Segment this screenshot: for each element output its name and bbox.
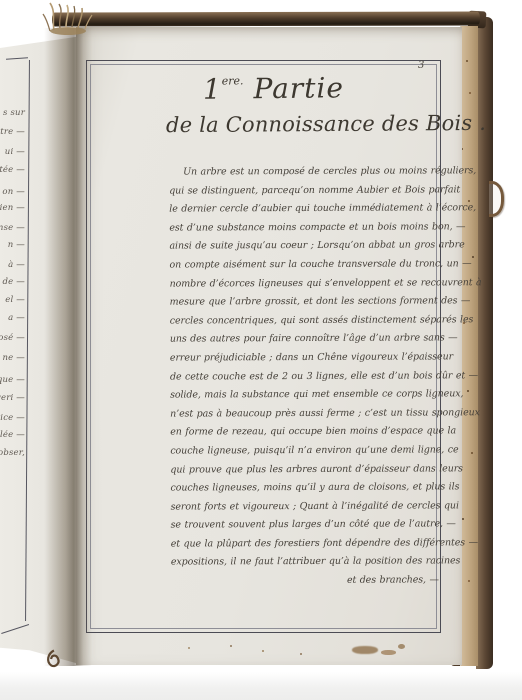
section-heading: 1ere. Partie [203, 71, 344, 105]
manuscript-line: on compte aisément sur la couche transve… [169, 255, 437, 275]
text-fragment: ortée — [0, 165, 25, 175]
manuscript-line: qui prouve que plus les arbres auront d’… [170, 460, 438, 480]
photo-shadow-band [0, 672, 522, 700]
text-fragment: osé — [0, 333, 25, 343]
text-fragment: on — [2, 187, 25, 197]
manuscript-line: le dernier cercle d’aubier qui touche im… [169, 200, 437, 220]
text-fragment: ui — [5, 147, 25, 157]
text-fragment: oilée — [0, 430, 25, 440]
text-fragment: n — [8, 240, 25, 250]
heading-word: Partie [253, 71, 344, 105]
manuscript-line: erreur préjudiciable ; dans un Chêne vig… [170, 348, 438, 368]
clasp-loop [489, 181, 504, 217]
manuscript-line: et que la plûpart des forestiers font dé… [171, 534, 439, 554]
manuscript-line: n’est pas à beaucoup près aussi ferme ; … [170, 404, 438, 424]
manuscript-line: se trouvent souvent plus larges d’un côt… [171, 516, 439, 536]
section-subheading: de la Connoissance des Bois . [166, 111, 486, 137]
heading-superscript: ere. [222, 74, 244, 87]
text-fragment: el — [5, 295, 25, 305]
manuscript-line: expositions, il ne faut l’attribuer qu’à… [171, 553, 439, 573]
text-fragment: ice — [0, 413, 25, 423]
text-fragment: s sur [3, 108, 25, 118]
manuscript-line: en forme de rezeau, qui occupe bien moin… [170, 423, 438, 443]
text-fragment: que — [0, 375, 25, 385]
manuscript-line: de cette couche est de 2 ou 3 lignes, el… [170, 367, 438, 387]
text-fragment: à — [8, 260, 25, 270]
text-fragment: être — [0, 127, 25, 137]
manuscript-body: Un arbre est un composé de cercles plus … [169, 162, 439, 591]
foxing-specks [466, 60, 468, 62]
text-fragment: veri — [0, 393, 25, 403]
manuscript-line: seront forts et vigoureux ; Quant à l’in… [171, 497, 439, 517]
ink-stain [352, 646, 378, 654]
manuscript-line: uns des autres pour faire connoître l’âg… [170, 330, 438, 350]
text-fragment: a — [8, 313, 25, 323]
facing-page-text-fragments: s surêtre —ui —ortée —on —bien —ense —n … [0, 0, 26, 700]
text-fragment: de — [3, 277, 25, 287]
heading-numeral: 1 [203, 73, 222, 106]
ink-stain [398, 644, 405, 649]
manuscript-line: cercles concentriques, qui sont assés di… [170, 311, 438, 331]
text-fragment: ne — [2, 353, 25, 363]
text-fragment: ense — [0, 223, 25, 233]
manuscript-line: solide, mais la substance qui met ensemb… [170, 386, 438, 406]
dirt-specks [230, 645, 232, 647]
manuscript-line: couche ligneuse, puisqu’il n’a environ q… [170, 441, 438, 461]
text-fragment: bien — [0, 203, 25, 213]
text-fragment: obser, [0, 448, 25, 458]
manuscript-line: Un arbre est un composé de cercles plus … [169, 162, 437, 182]
book-top-edge [52, 11, 480, 26]
frayed-headband [40, 0, 102, 36]
page-number: 3 [418, 60, 424, 71]
ink-stain [381, 650, 396, 655]
manuscript-line: ainsi de suite jusqu’au coeur ; Lorsqu’o… [169, 237, 437, 257]
manuscript-line: mesure que l’arbre grossit, et dont les … [170, 293, 438, 313]
manuscript-line: couches ligneuses, moins qu’il y aura de… [170, 479, 438, 499]
manuscript-photo: s surêtre —ui —ortée —on —bien —ense —n … [0, 0, 522, 700]
manuscript-line: et des branches, — [171, 571, 439, 591]
manuscript-line: nombre d’écorces ligneuses qui s’envelop… [170, 274, 438, 294]
manuscript-line: est d’une substance moins compacte et un… [169, 218, 437, 238]
manuscript-line: qui se distinguent, parcequ’on nomme Aub… [169, 181, 437, 201]
